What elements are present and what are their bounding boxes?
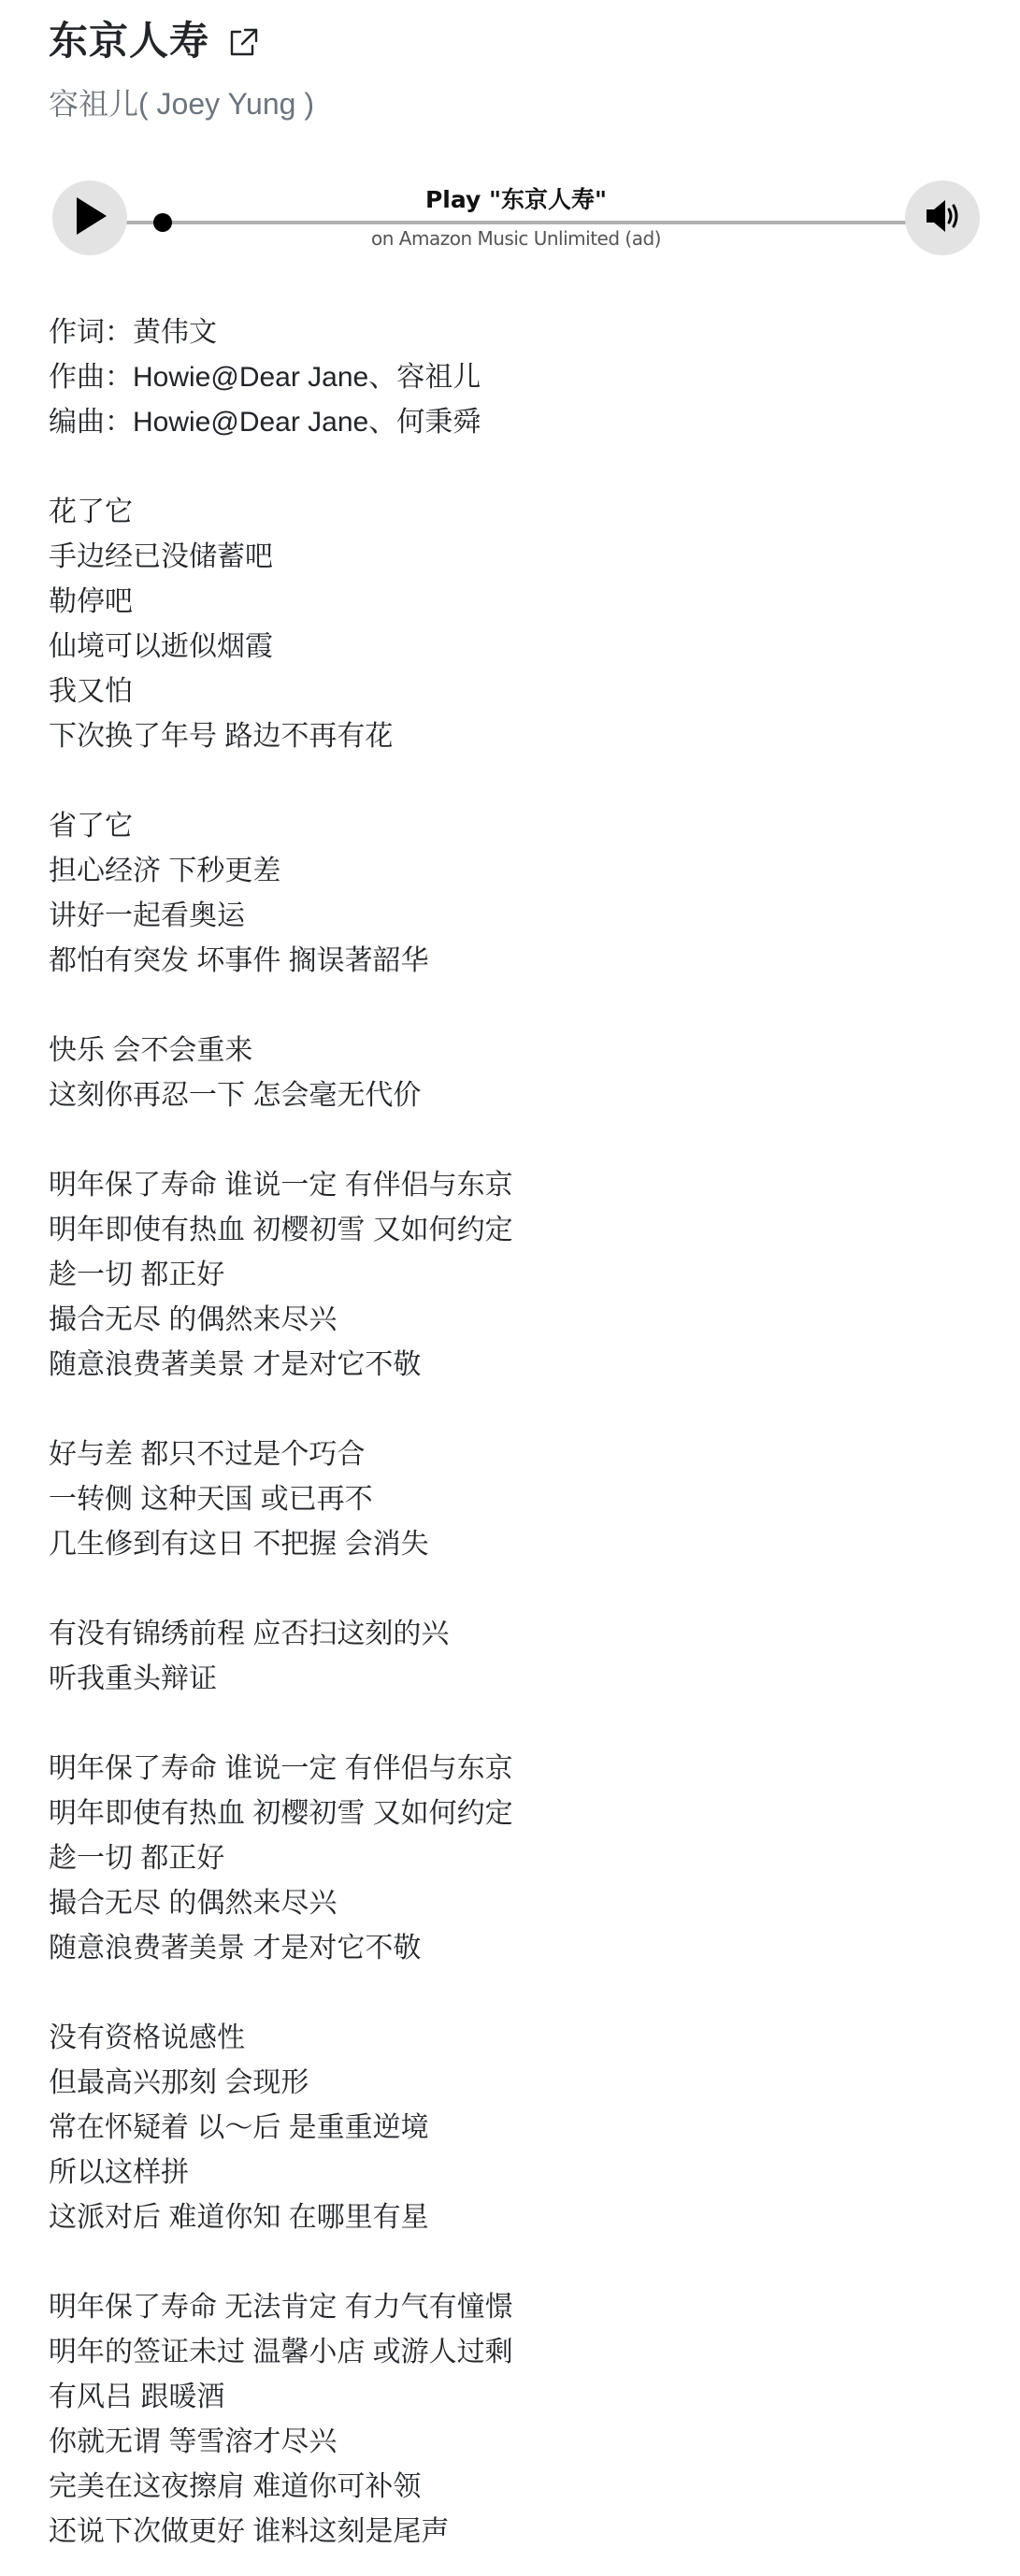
lyric-line: 我又怕 xyxy=(49,669,984,714)
lyric-line: 有风吕 跟暖酒 xyxy=(49,2375,984,2420)
lyric-line: 趁一切 都正好 xyxy=(49,1836,984,1881)
lyric-line: 随意浪费著美景 才是对它不敬 xyxy=(49,1926,984,1971)
lyric-line: 明年保了寿命 谁说一定 有伴侣与东京 xyxy=(49,1747,984,1792)
progress-track[interactable] xyxy=(90,221,942,224)
artist-name[interactable]: 容祖儿( Joey Yung ) xyxy=(49,82,314,125)
external-link-icon[interactable] xyxy=(226,26,260,60)
lyric-line: 明年的签证未过 温馨小店 或游人过剩 xyxy=(49,2330,984,2375)
song-title: 东京人寿 xyxy=(49,13,209,69)
lyric-line: 所以这样拼 xyxy=(49,2151,984,2195)
lyric-line: 这派对后 难道你知 在哪里有星 xyxy=(49,2195,984,2240)
lyric-line: 快乐 会不会重来 xyxy=(49,1029,984,1073)
stanza-break xyxy=(49,445,984,490)
lyric-line: 仙境可以逝似烟霞 xyxy=(49,625,984,669)
lyric-line: 明年保了寿命 谁说一定 有伴侣与东京 xyxy=(49,1163,984,1208)
volume-button[interactable] xyxy=(905,180,980,255)
credit-line: 作词：黄伟文 xyxy=(49,310,984,355)
player-subtitle[interactable]: on Amazon Music Unlimited (ad) xyxy=(52,225,980,252)
stanza-break xyxy=(49,1702,984,1747)
lyric-line: 省了它 xyxy=(49,804,984,849)
lyric-line: 趁一切 都正好 xyxy=(49,1253,984,1298)
speaker-volume-icon xyxy=(923,197,962,239)
lyric-line: 手边经已没储蓄吧 xyxy=(49,535,984,580)
stanza-break xyxy=(49,759,984,804)
stanza-break xyxy=(49,1567,984,1612)
lyric-line: 随意浪费著美景 才是对它不敬 xyxy=(49,1343,984,1388)
lyric-line: 都怕有突发 坏事件 搁误著韶华 xyxy=(49,939,984,984)
stanza-break xyxy=(49,1388,984,1432)
amazon-music-player: Play "东京人寿" on Amazon Music Unlimited (a… xyxy=(52,180,980,255)
credit-line: 编曲：Howie@Dear Jane、何秉舜 xyxy=(49,400,984,445)
lyric-line: 撮合无尽 的偶然来尽兴 xyxy=(49,1298,984,1343)
lyric-line: 你就无谓 等雪溶才尽兴 xyxy=(49,2420,984,2465)
stanza-break xyxy=(49,2240,984,2285)
lyric-line: 明年即使有热血 初樱初雪 又如何约定 xyxy=(49,1792,984,1836)
lyric-line: 听我重头辩证 xyxy=(49,1657,984,1702)
lyrics-body: 作词：黄伟文作曲：Howie@Dear Jane、容祖儿编曲：Howie@Dea… xyxy=(49,310,984,2554)
lyric-line: 没有资格说感性 xyxy=(49,2016,984,2061)
lyric-line: 几生修到有这日 不把握 会消失 xyxy=(49,1522,984,1567)
stanza-break xyxy=(49,1971,984,2016)
lyric-line: 好与差 都只不过是个巧合 xyxy=(49,1432,984,1477)
lyric-line: 完美在这夜擦肩 难道你可补领 xyxy=(49,2465,984,2510)
title-row: 东京人寿 xyxy=(49,13,260,69)
stanza-break xyxy=(49,984,984,1029)
lyric-line: 常在怀疑着 以～后 是重重逆境 xyxy=(49,2106,984,2151)
lyric-line: 还说下次做更好 谁料这刻是尾声 xyxy=(49,2510,984,2554)
lyric-line: 有没有锦绣前程 应否扫这刻的兴 xyxy=(49,1612,984,1657)
lyric-line: 这刻你再忍一下 怎会毫无代价 xyxy=(49,1073,984,1118)
lyric-line: 担心经济 下秒更差 xyxy=(49,849,984,894)
credit-line: 作曲：Howie@Dear Jane、容祖儿 xyxy=(49,355,984,400)
lyric-line: 撮合无尽 的偶然来尽兴 xyxy=(49,1881,984,1926)
player-title[interactable]: Play "东京人寿" xyxy=(52,184,980,216)
lyric-line: 讲好一起看奥运 xyxy=(49,894,984,939)
lyric-line: 明年保了寿命 无法肯定 有力气有憧憬 xyxy=(49,2285,984,2330)
lyric-line: 明年即使有热血 初樱初雪 又如何约定 xyxy=(49,1208,984,1253)
lyric-line: 但最高兴那刻 会现形 xyxy=(49,2061,984,2106)
lyric-line: 花了它 xyxy=(49,490,984,535)
lyric-line: 一转侧 这种天国 或已再不 xyxy=(49,1477,984,1522)
lyric-line: 下次换了年号 路边不再有花 xyxy=(49,714,984,759)
stanza-break xyxy=(49,1118,984,1163)
lyric-line: 勒停吧 xyxy=(49,580,984,625)
